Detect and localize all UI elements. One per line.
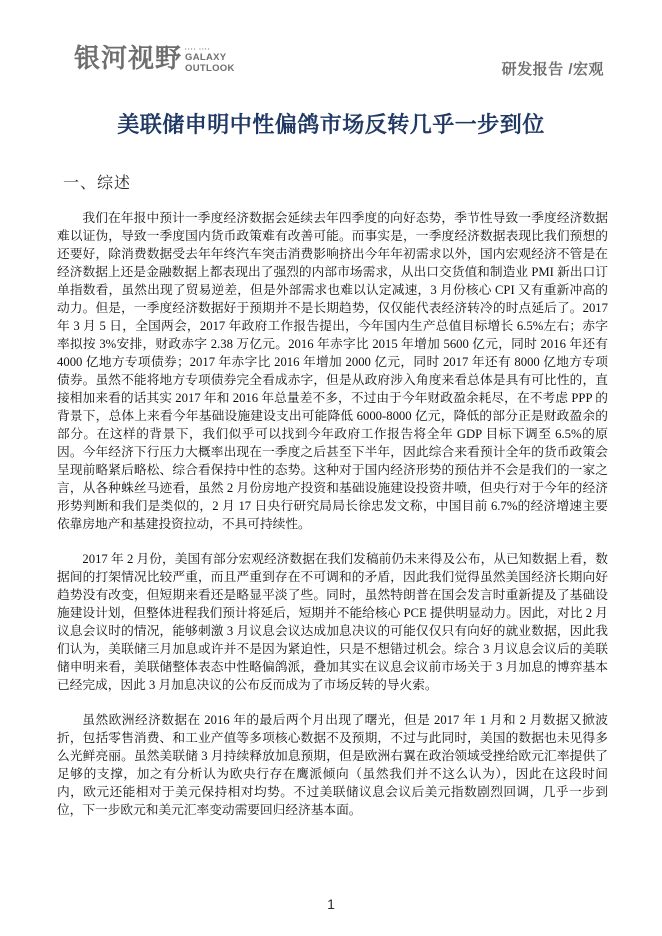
report-body: 一、综述 我们在年报中预计一季度经济数据会延续去年四季度的向好态势，季节性导致一… <box>0 170 662 819</box>
page-number: 1 <box>0 896 662 912</box>
body-paragraph-2: 2017 年 2 月份，美国有部分宏观经济数据在我们发稿前仍未来得及公布，从已知… <box>57 550 608 694</box>
logo-chinese-text: 银河视野 <box>74 44 182 73</box>
section-heading-overview: 一、综述 <box>63 170 608 193</box>
logo-en-line2: OUTLOOK <box>185 64 235 75</box>
page-header: 银河视野 •••• •••• GALAXY OUTLOOK 研发报告 /宏观 <box>0 0 662 79</box>
body-paragraph-3: 虽然欧洲经济数据在 2016 年的最后两个月出现了曙光，但是 2017 年 1 … <box>57 711 608 819</box>
logo-dots-decoration: •••• •••• <box>185 47 235 51</box>
report-page: 银河视野 •••• •••• GALAXY OUTLOOK 研发报告 /宏观 美… <box>0 0 662 936</box>
report-title: 美联储申明中性偏鸽市场反转几乎一步到位 <box>40 111 622 140</box>
galaxy-outlook-logo: 银河视野 •••• •••• GALAXY OUTLOOK <box>74 44 235 75</box>
logo-english-text: •••• •••• GALAXY OUTLOOK <box>185 47 235 75</box>
report-type-label: 研发报告 /宏观 <box>502 58 604 79</box>
body-paragraph-1: 我们在年报中预计一季度经济数据会延续去年四季度的向好态势，季节性导致一季度经济数… <box>57 209 608 533</box>
